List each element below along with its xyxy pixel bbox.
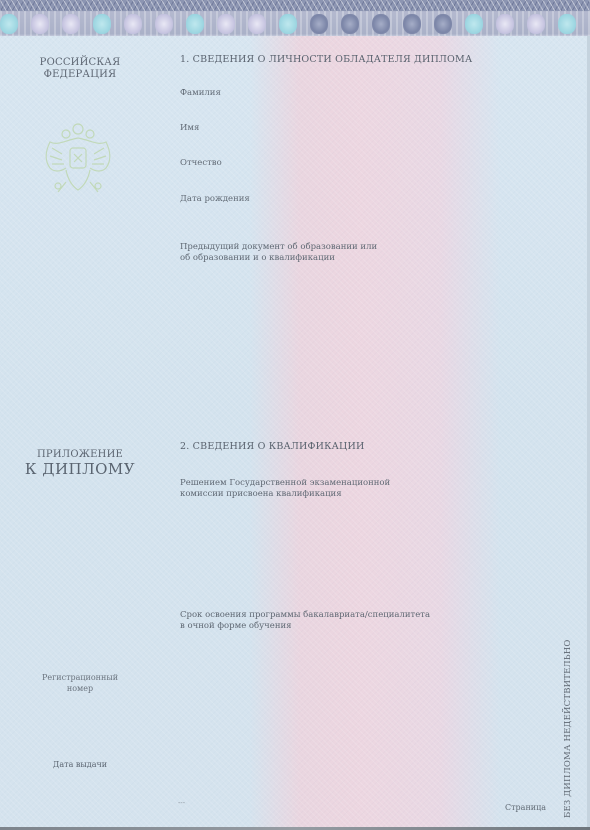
rosette-icon <box>155 14 173 34</box>
rosette-icon <box>0 14 18 34</box>
rosette-icon <box>403 14 421 34</box>
rosette-icon <box>62 14 80 34</box>
rosette-icon <box>248 14 266 34</box>
rosette-icon <box>217 14 235 34</box>
rosette-icon <box>186 14 204 34</box>
registration-number-label: Регистрационный номер <box>20 672 140 694</box>
rosette-row <box>0 12 590 36</box>
diploma-appendix-page: РОССИЙСКАЯ ФЕДЕРАЦИЯ ПРИЛОЖЕНИЕ К ДИПЛОМ… <box>0 0 590 830</box>
rosette-icon <box>527 14 545 34</box>
study-period-line-1: Срок освоения программы бакалавриата/спе… <box>180 610 430 621</box>
name-label: Имя <box>180 123 199 133</box>
rosette-icon <box>496 14 514 34</box>
guilloche-lace-pattern <box>0 0 590 11</box>
qualification-line-1: Решением Государственной экзаменационной <box>180 478 390 489</box>
country-line-1: РОССИЙСКАЯ <box>20 57 140 69</box>
country-line-2: ФЕДЕРАЦИЯ <box>20 69 140 81</box>
previous-document-line-2: об образовании и о квалификации <box>180 253 377 264</box>
section-2-heading: 2. СВЕДЕНИЯ О КВАЛИФИКАЦИИ <box>180 441 365 452</box>
appendix-title-line-2: К ДИПЛОМУ <box>20 460 140 478</box>
section-1-heading: 1. СВЕДЕНИЯ О ЛИЧНОСТИ ОБЛАДАТЕЛЯ ДИПЛОМ… <box>180 54 472 65</box>
security-border-band <box>0 0 590 36</box>
issue-date-label: Дата выдачи <box>20 760 140 769</box>
rosette-icon <box>31 14 49 34</box>
qualification-line-2: комиссии присвоена квалификация <box>180 489 390 500</box>
patronymic-label: Отчество <box>180 158 222 168</box>
rosette-icon <box>465 14 483 34</box>
study-period-line-2: в очной форме обучения <box>180 621 430 632</box>
rosette-icon <box>124 14 142 34</box>
coat-of-arms-icon <box>36 120 120 200</box>
rosette-icon <box>341 14 359 34</box>
rosette-icon <box>434 14 452 34</box>
rosette-icon <box>372 14 390 34</box>
rosette-icon <box>93 14 111 34</box>
page-dash-mark: --- <box>178 799 185 807</box>
appendix-title-line-1: ПРИЛОЖЕНИЕ <box>20 449 140 460</box>
birth-date-label: Дата рождения <box>180 194 250 204</box>
rosette-icon <box>558 14 576 34</box>
previous-document-label: Предыдущий документ об образовании или о… <box>180 242 377 264</box>
country-name: РОССИЙСКАЯ ФЕДЕРАЦИЯ <box>20 57 140 81</box>
qualification-label: Решением Государственной экзаменационной… <box>180 478 390 500</box>
registration-label-line-2: номер <box>20 683 140 694</box>
previous-document-line-1: Предыдущий документ об образовании или <box>180 242 377 253</box>
study-period-label: Срок освоения программы бакалавриата/спе… <box>180 610 430 632</box>
rosette-icon <box>279 14 297 34</box>
page-number-label: Страница <box>505 803 546 812</box>
rosette-icon <box>310 14 328 34</box>
surname-label: Фамилия <box>180 88 221 98</box>
registration-label-line-1: Регистрационный <box>20 672 140 683</box>
vertical-validity-notice: БЕЗ ДИПЛОМА НЕДЕЙСТВИТЕЛЬНО <box>563 639 573 818</box>
